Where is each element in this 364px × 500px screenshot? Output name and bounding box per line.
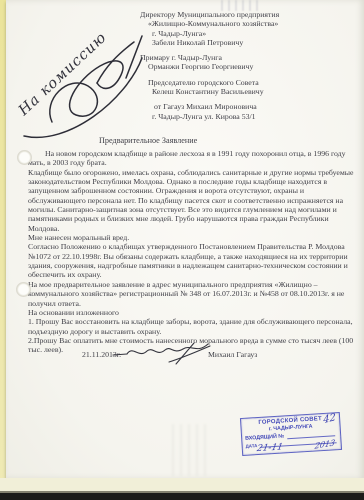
- recipient-line: Орманжи Георгию Георгиевичу: [140, 62, 358, 71]
- stamp-handwritten-date: 21-11: [256, 442, 284, 454]
- recipient-line: Председателю городского Совета: [140, 78, 358, 87]
- scanned-letter: На комиссию Директору Муниципального пре…: [0, 0, 364, 500]
- sender-line: от Гагауз Михаил Мироновича: [140, 102, 358, 111]
- recipient-council-chair: Председателю городского Совета Келеш Кон…: [140, 78, 358, 97]
- paragraph: На основании изложенного: [28, 308, 354, 317]
- recipient-block: Директору Муниципального предприятия «Жи…: [140, 10, 358, 127]
- punch-hole-bottom: [16, 282, 31, 297]
- letter-body: На новом городском кладбище в районе лес…: [28, 149, 354, 355]
- paragraph: Мне нанесен моральный вред.: [28, 233, 354, 242]
- recipient-line: г. Чадыр-Лунга»: [140, 29, 358, 38]
- applicant-signature: [112, 341, 212, 372]
- punch-hole-top: [17, 150, 32, 165]
- paragraph: 1. Прошу Вас восстановить на кладбище за…: [28, 317, 354, 336]
- fold-crease: [166, 424, 212, 476]
- paragraph: На мое предварительное заявление в адрес…: [28, 280, 354, 308]
- stamp-date-label: ДАТА: [245, 442, 257, 450]
- recipient-line: Директору Муниципального предприятия: [140, 10, 358, 19]
- scan-edge-strip: [0, 491, 364, 500]
- sender-line: г. Чадыр-Лунга ул. Кирова 53/1: [140, 112, 358, 121]
- paragraph: Согласно Положению о кладбищах утвержден…: [28, 242, 354, 279]
- recipient-line: Примару г. Чадыр-Лунга: [140, 53, 358, 62]
- recipient-mayor: Примару г. Чадыр-Лунга Орманжи Георгию Г…: [140, 53, 358, 72]
- paragraph: Кладбище было огорожено, имелась охрана,…: [28, 168, 354, 233]
- top-edge-smudge: [216, 0, 260, 11]
- registration-stamp: ГОРОДСКОЙ СОВЕТ г. ЧАДЫР-ЛУНГА ВХОДЯЩИЙ …: [240, 412, 342, 456]
- applicant-name: Михаил Гагауз: [208, 350, 257, 359]
- paragraph: На новом городском кладбище в районе лес…: [28, 149, 354, 168]
- recipient-line: «Жилищно-Коммунального хозяйства»: [140, 19, 358, 28]
- recipient-line: Келеш Константину Васильевичу: [140, 87, 358, 96]
- recipient-director: Директору Муниципального предприятия «Жи…: [140, 10, 358, 47]
- document-title: Предварительное Заявление: [99, 136, 197, 145]
- sender-block: от Гагауз Михаил Мироновича г. Чадыр-Лун…: [140, 102, 358, 121]
- paper-sheet: На комиссию Директору Муниципального пре…: [6, 0, 364, 479]
- applicant-signature-svg: [112, 341, 212, 367]
- corner-note-text: На комиссию: [15, 29, 110, 119]
- recipient-line: Забели Николай Петровичу: [140, 38, 358, 47]
